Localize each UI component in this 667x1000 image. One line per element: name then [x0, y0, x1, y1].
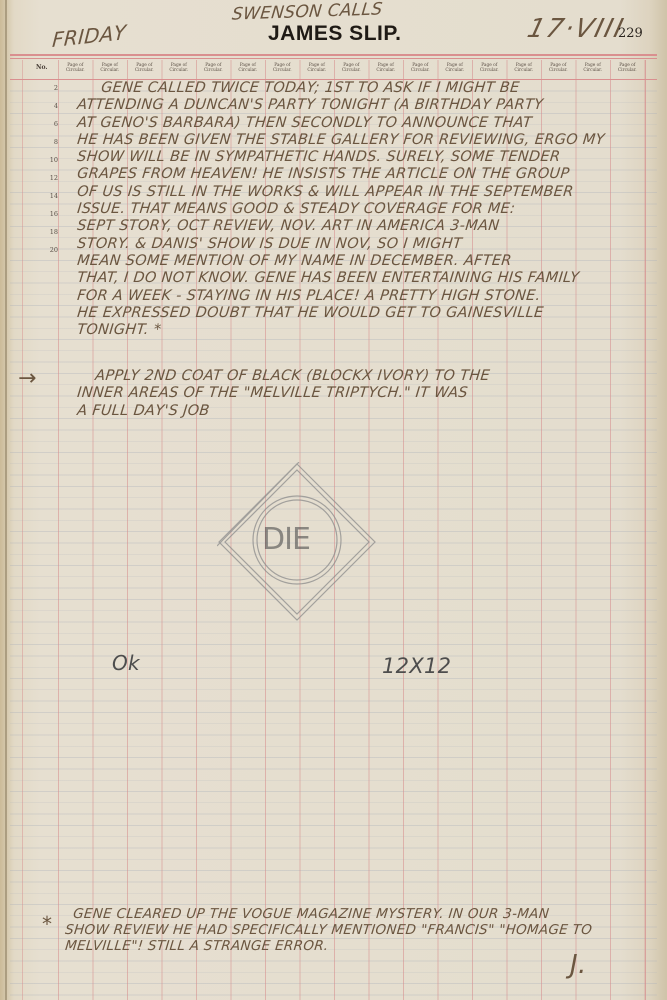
page-number: 229 [618, 26, 643, 41]
footnote: GENE CLEARED UP THE VOGUE MAGAZINE MYSTE… [66, 906, 636, 954]
size-note: 12X12 [382, 654, 451, 678]
entry-line: SEPT STORY, OCT REVIEW, NOV. ART IN AMER… [76, 218, 648, 235]
task-line: A FULL DAY'S JOB [76, 403, 648, 420]
task-line: INNER AREAS OF THE "MELVILLE TRIPTYCH." … [76, 385, 648, 402]
column-headers: Page of Circular.Page of Circular.Page o… [58, 62, 648, 78]
entry-line: ISSUE. THAT MEANS GOOD & STEADY COVERAGE… [76, 201, 648, 218]
column-header-page-of-circular: Page of Circular. [507, 62, 542, 78]
entry-line: MEAN SOME MENTION OF MY NAME IN DECEMBER… [76, 253, 648, 270]
row-number: 14 [50, 192, 58, 200]
row-number: 18 [50, 228, 58, 236]
diary-entry-main: GENE CALLED TWICE TODAY; 1ST TO ASK IF I… [78, 80, 648, 339]
ok-note: Ok [112, 651, 140, 675]
no-column-header: No. [36, 64, 47, 71]
column-header-page-of-circular: Page of Circular. [576, 62, 611, 78]
task-line: APPLY 2ND COAT OF BLACK (BLOCKX IVORY) T… [94, 368, 666, 385]
entry-line: AT GENO'S BARBARA) THEN SECONDLY TO ANNO… [76, 115, 648, 132]
initials-signature: J. [570, 950, 587, 980]
header-rule-top [10, 54, 657, 56]
footnote-line: MELVILLE"! STILL A STRANGE ERROR. [64, 938, 636, 954]
left-margin-rule [22, 60, 23, 1000]
page-title: JAMES SLIP. [268, 22, 402, 46]
column-header-page-of-circular: Page of Circular. [231, 62, 266, 78]
row-number: 6 [54, 120, 58, 128]
footnote-line: SHOW REVIEW HE HAD SPECIFICALLY MENTIONE… [64, 922, 636, 938]
row-number: 4 [54, 102, 58, 110]
ledger-page: FRIDAY SWENSON CALLS JAMES SLIP. 17·VIII… [0, 0, 667, 1000]
row-number: 8 [54, 138, 58, 146]
sketch-label: DIE [262, 522, 310, 557]
entry-line: FOR A WEEK - STAYING IN HIS PLACE! A PRE… [76, 288, 648, 305]
entry-line: THAT, I DO NOT KNOW. GENE HAS BEEN ENTER… [76, 270, 648, 287]
diary-entry-task: APPLY 2ND COAT OF BLACK (BLOCKX IVORY) T… [78, 368, 648, 420]
column-header-page-of-circular: Page of Circular. [300, 62, 335, 78]
entry-line: GRAPES FROM HEAVEN! HE INSISTS THE ARTIC… [76, 166, 648, 183]
column-header-page-of-circular: Page of Circular. [162, 62, 197, 78]
entry-line: OF US IS STILL IN THE WORKS & WILL APPEA… [76, 184, 648, 201]
entry-line: ATTENDING A DUNCAN'S PARTY TONIGHT (A BI… [76, 97, 648, 114]
entry-line: STORY. & DANIS' SHOW IS DUE IN NOV, SO I… [76, 236, 648, 253]
column-header-page-of-circular: Page of Circular. [472, 62, 507, 78]
row-number: 10 [50, 156, 58, 164]
arrow-icon: → [18, 366, 37, 391]
column-header-page-of-circular: Page of Circular. [369, 62, 404, 78]
page-spine [5, 0, 7, 1000]
column-header-page-of-circular: Page of Circular. [58, 62, 93, 78]
row-number: 2 [54, 84, 58, 92]
date-label: 17·VIII [524, 14, 628, 44]
header-rule-double [10, 58, 657, 59]
entry-line: SHOW WILL BE IN SYMPATHETIC HANDS. SUREL… [76, 149, 648, 166]
header-note: SWENSON CALLS [231, 0, 384, 25]
row-number: 20 [50, 246, 58, 254]
column-header-page-of-circular: Page of Circular. [610, 62, 645, 78]
column-header-page-of-circular: Page of Circular. [334, 62, 369, 78]
footnote-line: GENE CLEARED UP THE VOGUE MAGAZINE MYSTE… [72, 906, 644, 922]
asterisk-icon: * [42, 912, 52, 936]
column-header-page-of-circular: Page of Circular. [541, 62, 576, 78]
column-header-page-of-circular: Page of Circular. [93, 62, 128, 78]
entry-line: HE EXPRESSED DOUBT THAT HE WOULD GET TO … [76, 305, 648, 322]
entry-line: GENE CALLED TWICE TODAY; 1ST TO ASK IF I… [100, 80, 667, 97]
entry-line: HE HAS BEEN GIVEN THE STABLE GALLERY FOR… [76, 132, 648, 149]
column-header-page-of-circular: Page of Circular. [127, 62, 162, 78]
column-header-page-of-circular: Page of Circular. [438, 62, 473, 78]
column-header-page-of-circular: Page of Circular. [196, 62, 231, 78]
column-header-page-of-circular: Page of Circular. [403, 62, 438, 78]
row-number: 12 [50, 174, 58, 182]
day-label: FRIDAY [51, 20, 127, 52]
row-number: 16 [50, 210, 58, 218]
column-header-page-of-circular: Page of Circular. [265, 62, 300, 78]
entry-line: TONIGHT. * [76, 322, 648, 339]
